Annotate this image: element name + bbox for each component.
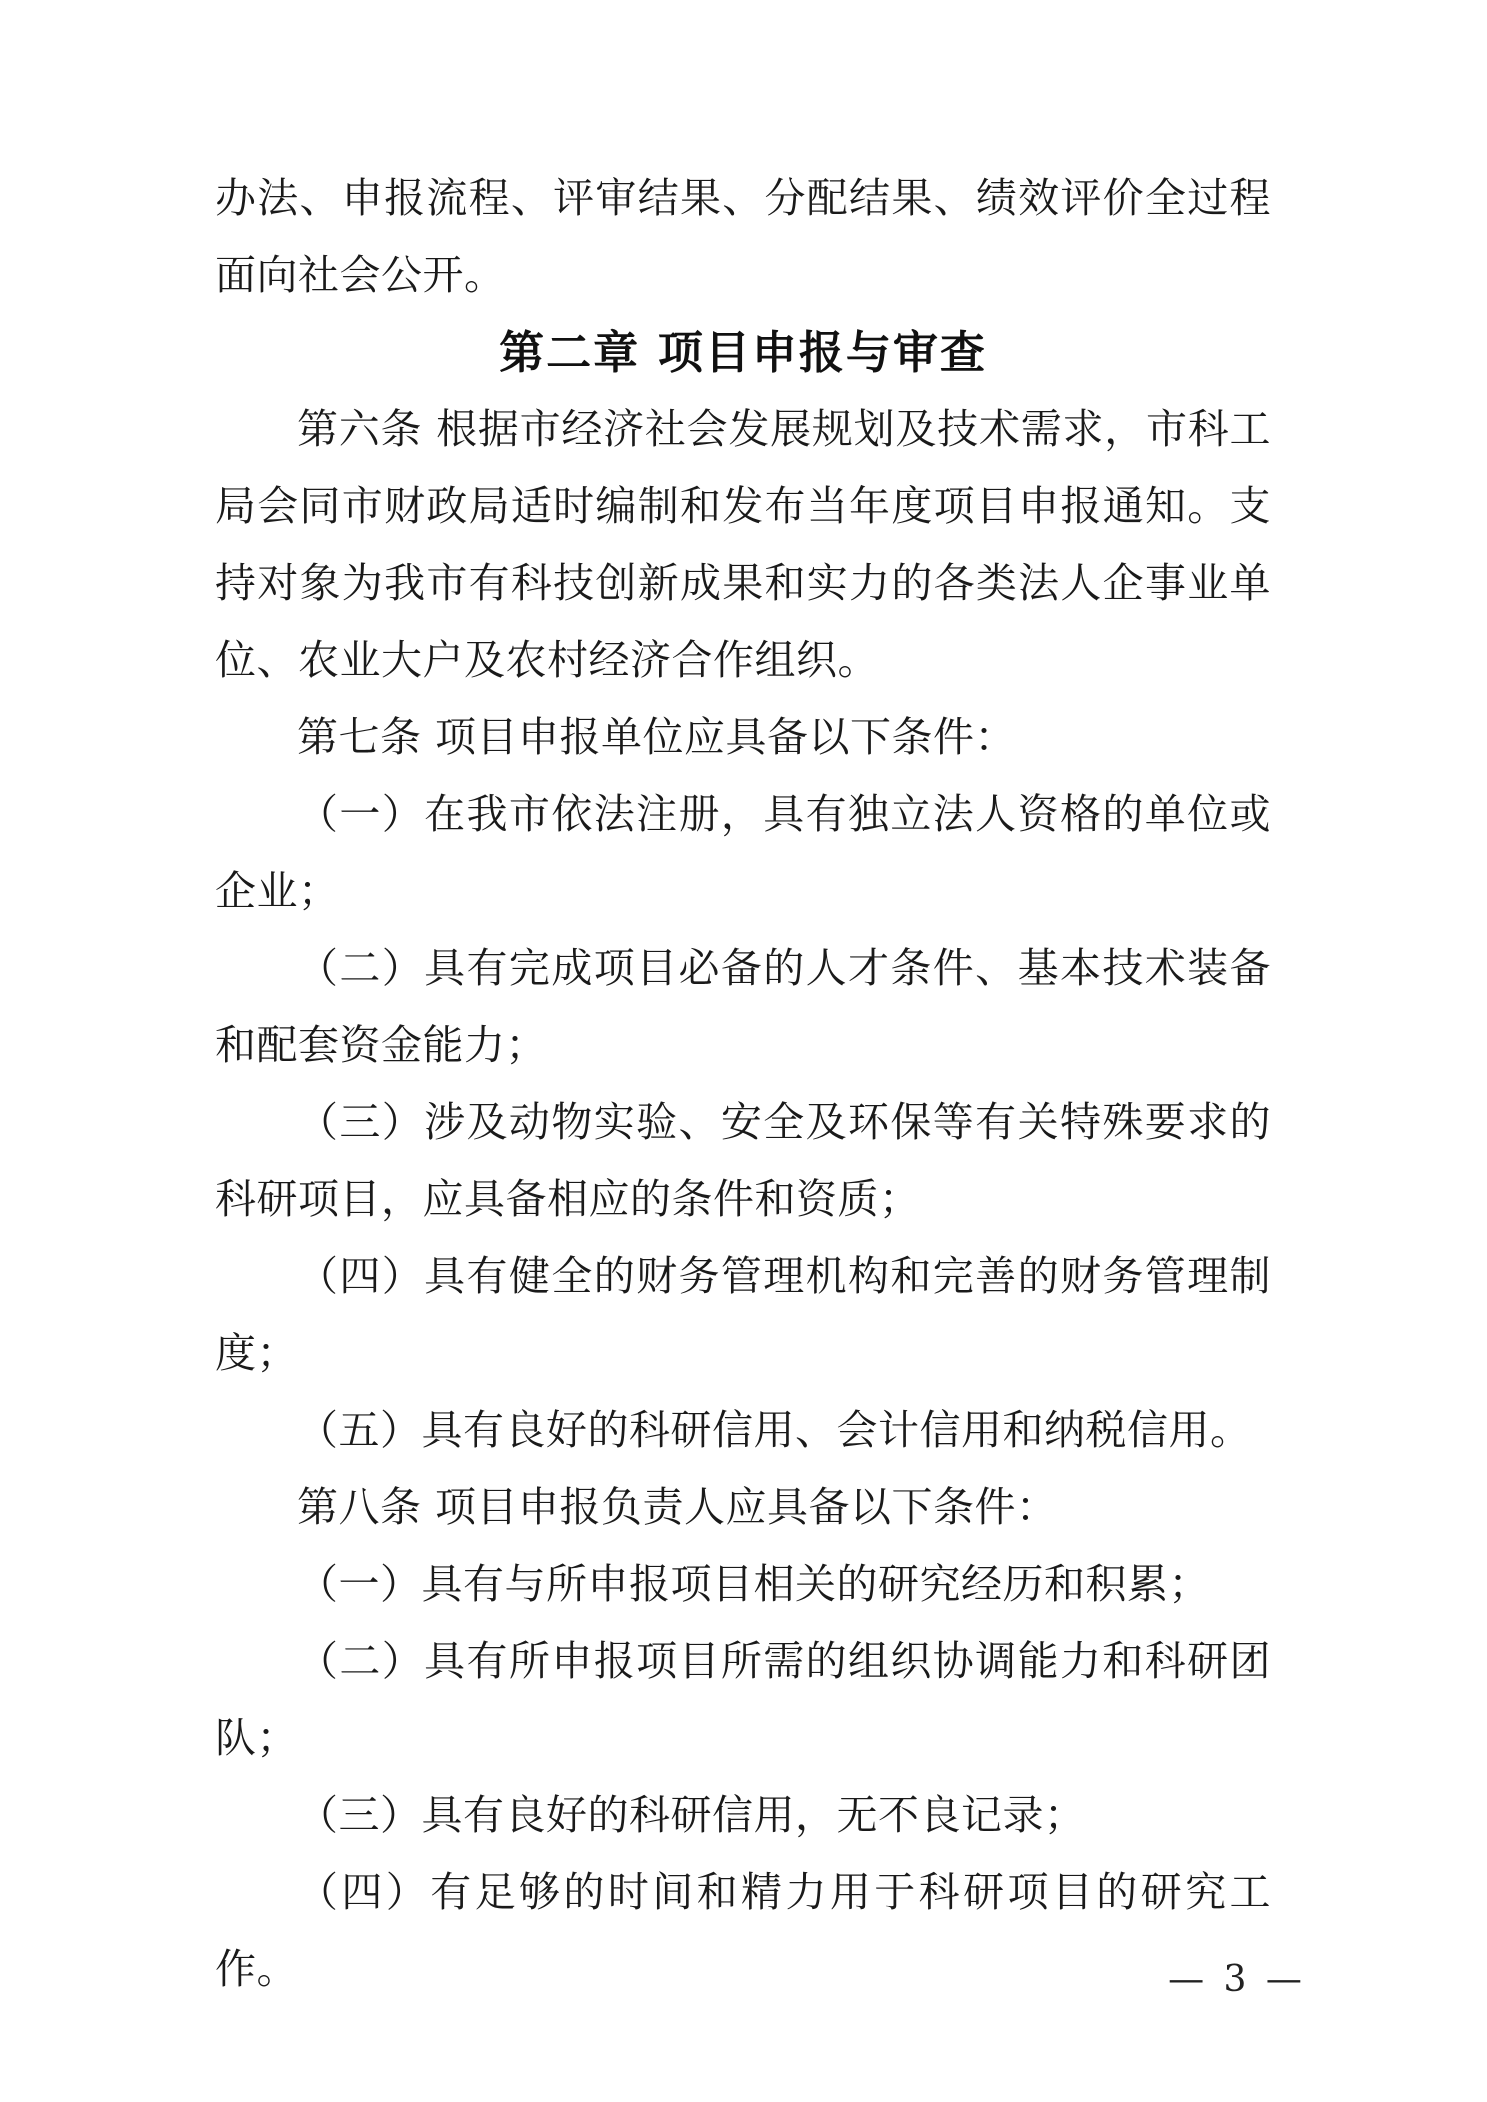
document-page: 办法、申报流程、评审结果、分配结果、绩效评价全过程面向社会公开。 第二章 项目申… bbox=[0, 0, 1487, 2102]
paragraph-article-7-item-1: （一）在我市依法注册，具有独立法人资格的单位或企业； bbox=[215, 776, 1271, 930]
page-number: — 3 — bbox=[1132, 1958, 1342, 2002]
paragraph-article-6: 第六条 根据市经济社会发展规划及技术需求，市科工局会同市财政局适时编制和发布当年… bbox=[215, 391, 1271, 699]
document-body: 办法、申报流程、评审结果、分配结果、绩效评价全过程面向社会公开。 第二章 项目申… bbox=[215, 160, 1271, 2008]
paragraph-article-8-item-4: （四）有足够的时间和精力用于科研项目的研究工作。 bbox=[215, 1854, 1271, 2008]
paragraph-article-7-item-2: （二）具有完成项目必备的人才条件、基本技术装备和配套资金能力； bbox=[215, 930, 1271, 1084]
paragraph-continuation: 办法、申报流程、评审结果、分配结果、绩效评价全过程面向社会公开。 bbox=[215, 160, 1271, 314]
paragraph-article-8-item-1: （一）具有与所申报项目相关的研究经历和积累； bbox=[215, 1546, 1271, 1623]
paragraph-article-7: 第七条 项目申报单位应具备以下条件： bbox=[215, 699, 1271, 776]
paragraph-article-8: 第八条 项目申报负责人应具备以下条件： bbox=[215, 1469, 1271, 1546]
paragraph-article-8-item-2: （二）具有所申报项目所需的组织协调能力和科研团队； bbox=[215, 1623, 1271, 1777]
chapter-heading: 第二章 项目申报与审查 bbox=[215, 314, 1271, 391]
paragraph-article-7-item-4: （四）具有健全的财务管理机构和完善的财务管理制度； bbox=[215, 1238, 1271, 1392]
paragraph-article-7-item-5: （五）具有良好的科研信用、会计信用和纳税信用。 bbox=[215, 1392, 1271, 1469]
paragraph-article-7-item-3: （三）涉及动物实验、安全及环保等有关特殊要求的科研项目，应具备相应的条件和资质； bbox=[215, 1084, 1271, 1238]
paragraph-article-8-item-3: （三）具有良好的科研信用，无不良记录； bbox=[215, 1777, 1271, 1854]
